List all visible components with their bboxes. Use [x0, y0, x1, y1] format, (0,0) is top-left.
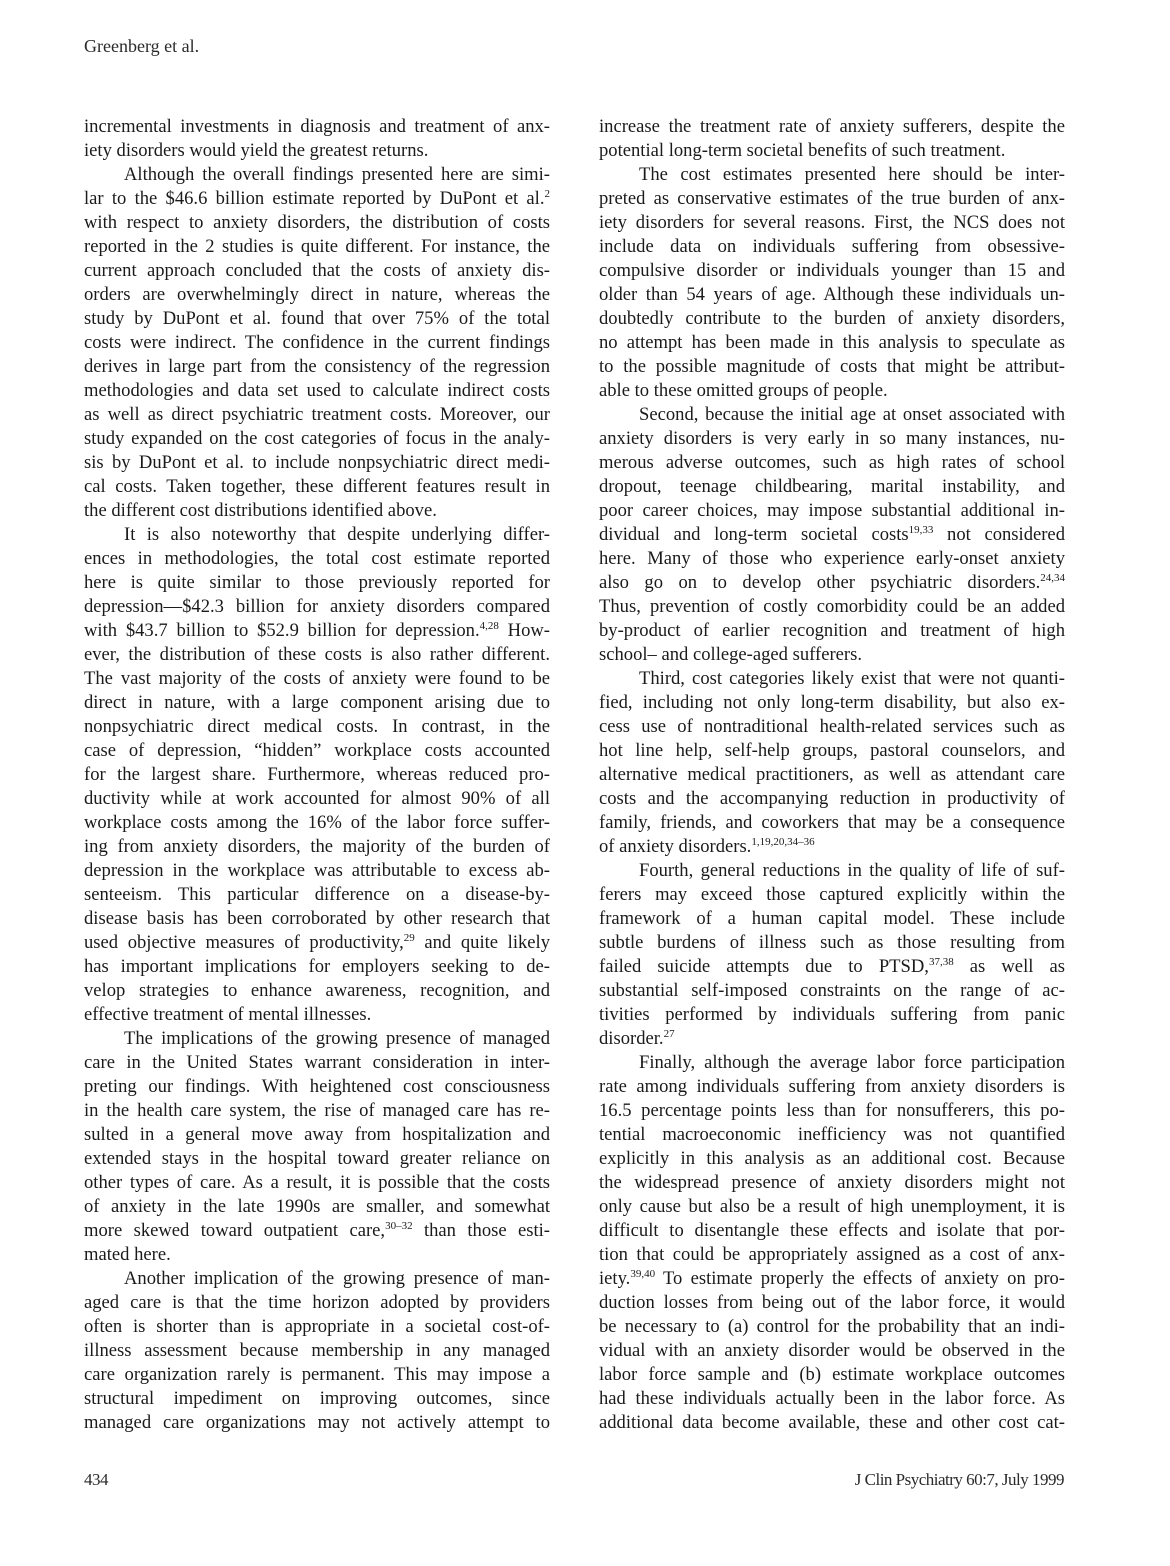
text-line: ences in methodologies, the total cost e…: [84, 547, 550, 571]
text-line: disorder.27: [599, 1027, 1065, 1051]
text-line: Fourth, general reductions in the qualit…: [599, 859, 1065, 883]
text-line: sulted in a general move away from hospi…: [84, 1123, 550, 1147]
text-line: It is also noteworthy that despite under…: [84, 523, 550, 547]
text-line: care in the United States warrant consid…: [84, 1051, 550, 1075]
text-line: the different cost distributions identif…: [84, 499, 550, 523]
text-line: has important implications for employers…: [84, 955, 550, 979]
text-line: often is shorter than is appropriate in …: [84, 1315, 550, 1339]
text-line: ductivity while at work accounted for al…: [84, 787, 550, 811]
text-line: The cost estimates presented here should…: [599, 163, 1065, 187]
text-line: rate among individuals suffering from an…: [599, 1075, 1065, 1099]
text-line: Second, because the initial age at onset…: [599, 403, 1065, 427]
text-line: 16.5 percentage points less than for non…: [599, 1099, 1065, 1123]
text-line: sis by DuPont et al. to include nonpsych…: [84, 451, 550, 475]
text-line: merous adverse outcomes, such as high ra…: [599, 451, 1065, 475]
running-head: Greenberg et al.: [84, 36, 199, 57]
text-line: orders are overwhelmingly direct in natu…: [84, 283, 550, 307]
text-line: poor career choices, may impose substant…: [599, 499, 1065, 523]
text-line: failed suicide attempts due to PTSD,37,3…: [599, 955, 1065, 979]
text-line: costs were indirect. The confidence in t…: [84, 331, 550, 355]
text-line: managed care organizations may not activ…: [84, 1411, 550, 1435]
text-line: in the health care system, the rise of m…: [84, 1099, 550, 1123]
text-line: fied, including not only long-term disab…: [599, 691, 1065, 715]
text-line: labor force sample and (b) estimate work…: [599, 1363, 1065, 1387]
text-line: nonpsychiatric direct medical costs. In …: [84, 715, 550, 739]
text-line: derives in large part from the consisten…: [84, 355, 550, 379]
journal-citation: J Clin Psychiatry 60:7, July 1999: [855, 1470, 1064, 1490]
text-line: additional data become available, these …: [599, 1411, 1065, 1435]
text-line: lar to the $46.6 billion estimate report…: [84, 187, 550, 211]
text-line: substantial self-imposed constraints on …: [599, 979, 1065, 1003]
text-line: alternative medical practitioners, as we…: [599, 763, 1065, 787]
left-text-column: incremental investments in diagnosis and…: [84, 115, 550, 1435]
text-line: depression in the workplace was attribut…: [84, 859, 550, 883]
citation-superscript: 4,28: [480, 620, 499, 632]
text-line: effective treatment of mental illnesses.: [84, 1003, 550, 1027]
citation-superscript: 2: [545, 188, 551, 200]
text-line: tential macroeconomic inefficiency was n…: [599, 1123, 1065, 1147]
text-line: subtle burdens of illness such as those …: [599, 931, 1065, 955]
text-line: ever, the distribution of these costs is…: [84, 643, 550, 667]
text-line: by-product of earlier recognition and tr…: [599, 619, 1065, 643]
citation-superscript: 29: [404, 932, 415, 944]
text-line: of anxiety disorders.1,19,20,34–36: [599, 835, 1065, 859]
text-line: anxiety disorders is very early in so ma…: [599, 427, 1065, 451]
text-line: more skewed toward outpatient care,30–32…: [84, 1219, 550, 1243]
citation-superscript: 37,38: [929, 956, 954, 968]
text-line: Thus, prevention of costly comorbidity c…: [599, 595, 1065, 619]
text-line: had these individuals actually been in t…: [599, 1387, 1065, 1411]
text-line: the widespread presence of anxiety disor…: [599, 1171, 1065, 1195]
text-line: doubtedly contribute to the burden of an…: [599, 307, 1065, 331]
text-line: preted as conservative estimates of the …: [599, 187, 1065, 211]
text-line: for the largest share. Furthermore, wher…: [84, 763, 550, 787]
text-line: only cause but also be a result of high …: [599, 1195, 1065, 1219]
text-line: incremental investments in diagnosis and…: [84, 115, 550, 139]
citation-superscript: 39,40: [630, 1268, 655, 1280]
citation-superscript: 27: [664, 1028, 675, 1040]
text-line: ing from anxiety disorders, the majority…: [84, 835, 550, 859]
text-line: explicitly in this analysis as an additi…: [599, 1147, 1065, 1171]
text-line: potential long-term societal benefits of…: [599, 139, 1065, 163]
text-line: iety disorders for several reasons. Firs…: [599, 211, 1065, 235]
text-line: extended stays in the hospital toward gr…: [84, 1147, 550, 1171]
text-line: increase the treatment rate of anxiety s…: [599, 115, 1065, 139]
text-line: used objective measures of productivity,…: [84, 931, 550, 955]
text-line: Another implication of the growing prese…: [84, 1267, 550, 1291]
text-line: current approach concluded that the cost…: [84, 259, 550, 283]
text-line: preting our findings. With heightened co…: [84, 1075, 550, 1099]
text-line: The implications of the growing presence…: [84, 1027, 550, 1051]
text-line: include data on individuals suffering fr…: [599, 235, 1065, 259]
text-line: ferers may exceed those captured explici…: [599, 883, 1065, 907]
text-line: duction losses from being out of the lab…: [599, 1291, 1065, 1315]
text-line: Finally, although the average labor forc…: [599, 1051, 1065, 1075]
text-line: school– and college-aged sufferers.: [599, 643, 1065, 667]
text-line: tion that could be appropriately assigne…: [599, 1243, 1065, 1267]
text-line: reported in the 2 studies is quite diffe…: [84, 235, 550, 259]
text-line: compulsive disorder or individuals young…: [599, 259, 1065, 283]
text-line: The vast majority of the costs of anxiet…: [84, 667, 550, 691]
text-line: hot line help, self-help groups, pastora…: [599, 739, 1065, 763]
text-line: aged care is that the time horizon adopt…: [84, 1291, 550, 1315]
text-line: study expanded on the cost categories of…: [84, 427, 550, 451]
text-line: Although the overall findings presented …: [84, 163, 550, 187]
text-line: cess use of nontraditional health-relate…: [599, 715, 1065, 739]
text-line: here is quite similar to those previousl…: [84, 571, 550, 595]
text-line: care organization rarely is permanent. T…: [84, 1363, 550, 1387]
citation-superscript: 24,34: [1040, 572, 1065, 584]
text-line: direct in nature, with a large component…: [84, 691, 550, 715]
text-line: Third, cost categories likely exist that…: [599, 667, 1065, 691]
text-line: disease basis has been corroborated by o…: [84, 907, 550, 931]
text-line: difficult to disentangle these effects a…: [599, 1219, 1065, 1243]
text-line: senteeism. This particular difference on…: [84, 883, 550, 907]
text-line: able to these omitted groups of people.: [599, 379, 1065, 403]
text-line: illness assessment because membership in…: [84, 1339, 550, 1363]
text-line: iety disorders would yield the greatest …: [84, 139, 550, 163]
text-line: costs and the accompanying reduction in …: [599, 787, 1065, 811]
text-line: be necessary to (a) control for the prob…: [599, 1315, 1065, 1339]
text-line: velop strategies to enhance awareness, r…: [84, 979, 550, 1003]
text-line: here. Many of those who experience early…: [599, 547, 1065, 571]
text-line: methodologies and data set used to calcu…: [84, 379, 550, 403]
text-line: iety.39,40 To estimate properly the effe…: [599, 1267, 1065, 1291]
text-line: of anxiety in the late 1990s are smaller…: [84, 1195, 550, 1219]
text-line: family, friends, and coworkers that may …: [599, 811, 1065, 835]
text-line: workplace costs among the 16% of the lab…: [84, 811, 550, 835]
text-line: older than 54 years of age. Although the…: [599, 283, 1065, 307]
text-line: structural impediment on improving outco…: [84, 1387, 550, 1411]
text-line: depression—$42.3 billion for anxiety dis…: [84, 595, 550, 619]
citation-superscript: 1,19,20,34–36: [751, 836, 814, 848]
text-line: framework of a human capital model. Thes…: [599, 907, 1065, 931]
text-line: as well as direct psychiatric treatment …: [84, 403, 550, 427]
text-line: dropout, teenage childbearing, marital i…: [599, 475, 1065, 499]
text-line: also go on to develop other psychiatric …: [599, 571, 1065, 595]
text-line: to the possible magnitude of costs that …: [599, 355, 1065, 379]
text-line: cal costs. Taken together, these differe…: [84, 475, 550, 499]
page-number: 434: [84, 1470, 108, 1490]
text-line: with respect to anxiety disorders, the d…: [84, 211, 550, 235]
text-line: tivities performed by individuals suffer…: [599, 1003, 1065, 1027]
citation-superscript: 30–32: [385, 1220, 413, 1232]
text-line: no attempt has been made in this analysi…: [599, 331, 1065, 355]
right-text-column: increase the treatment rate of anxiety s…: [599, 115, 1065, 1435]
text-line: dividual and long-term societal costs19,…: [599, 523, 1065, 547]
text-line: mated here.: [84, 1243, 550, 1267]
text-line: with $43.7 billion to $52.9 billion for …: [84, 619, 550, 643]
text-line: case of depression, “hidden” workplace c…: [84, 739, 550, 763]
text-line: vidual with an anxiety disorder would be…: [599, 1339, 1065, 1363]
citation-superscript: 19,33: [909, 524, 934, 536]
text-line: study by DuPont et al. found that over 7…: [84, 307, 550, 331]
text-line: other types of care. As a result, it is …: [84, 1171, 550, 1195]
